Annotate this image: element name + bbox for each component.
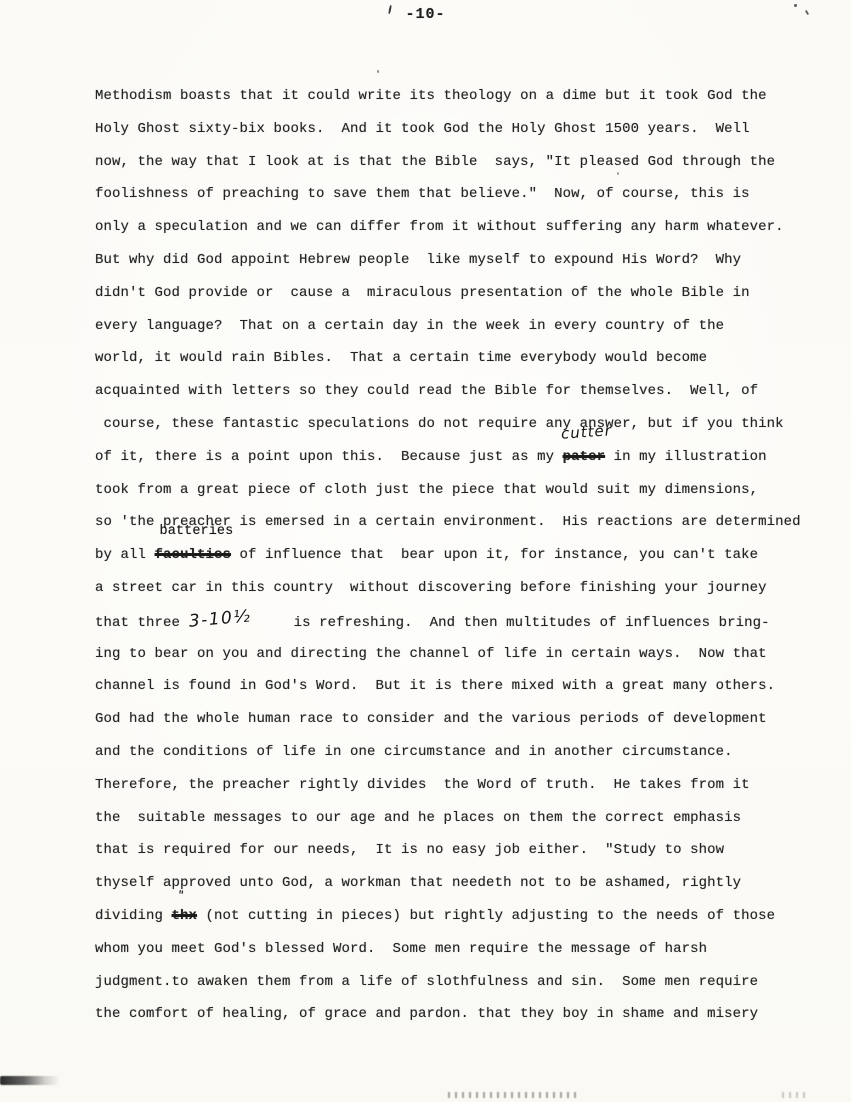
typed-text: now, the way that I look at is that the …	[95, 154, 775, 170]
annotated-word: "thx	[172, 900, 198, 933]
typed-line: Therefore, the preacher rightly divides …	[95, 769, 851, 802]
typed-line: of it, there is a point upon this. Becau…	[95, 441, 851, 474]
typed-line: foolishness of preaching to save them th…	[95, 178, 851, 211]
typed-text: But why did God appoint Hebrew people li…	[95, 252, 741, 268]
typed-line: Methodism boasts that it could write its…	[95, 80, 851, 113]
typed-line: ing to bear on you and directing the cha…	[95, 638, 851, 671]
scan-artifact	[782, 1092, 810, 1098]
typed-line: course, these fantastic speculations do …	[95, 408, 851, 441]
handwritten-text: 3-10½	[187, 600, 252, 638]
typed-line: But why did God appoint Hebrew people li…	[95, 244, 851, 277]
typed-line: the comfort of healing, of grace and par…	[95, 998, 851, 1031]
annotated-word: cutterpater	[563, 441, 606, 474]
typed-line: every language? That on a certain day in…	[95, 310, 851, 343]
typed-text: thyself approved unto God, a workman tha…	[95, 875, 741, 891]
typed-text: by all	[95, 547, 155, 563]
typed-line: acquainted with letters so they could re…	[95, 375, 851, 408]
typed-text: Holy Ghost sixty-bix books. And it took …	[95, 121, 750, 137]
typed-text: judgment.to awaken them from a life of s…	[95, 974, 758, 990]
typed-text: course, these fantastic speculations do …	[95, 416, 784, 432]
typed-text: faculties	[155, 547, 232, 563]
typed-text: a street car in this country without dis…	[95, 580, 767, 596]
scan-artifact	[448, 1092, 578, 1098]
document-lines: Methodism boasts that it could write its…	[0, 0, 851, 1031]
typed-line: by all batteriesfaculties of influence t…	[95, 539, 851, 572]
typed-line: that is required for our needs, It is no…	[95, 834, 851, 867]
typed-text: channel is found in God's Word. But it i…	[95, 678, 775, 694]
typed-text: the comfort of healing, of grace and par…	[95, 1006, 758, 1022]
typed-text: Therefore, the preacher rightly divides …	[95, 777, 750, 793]
typed-text: is refreshing. And then multitudes of in…	[251, 615, 770, 631]
typed-text: of influence that bear upon it, for inst…	[231, 547, 758, 563]
typed-line: Holy Ghost sixty-bix books. And it took …	[95, 113, 851, 146]
typed-insertion: batteries	[160, 525, 234, 539]
typed-line: and the conditions of life in one circum…	[95, 736, 851, 769]
annotated-word: batteriesfaculties	[155, 539, 232, 572]
typed-line: world, it would rain Bibles. That a cert…	[95, 342, 851, 375]
typed-text: dividing	[95, 908, 172, 924]
typed-text: Methodism boasts that it could write its…	[95, 88, 767, 104]
typed-line: a street car in this country without dis…	[95, 572, 851, 605]
typed-line: whom you meet God's blessed Word. Some m…	[95, 933, 851, 966]
typed-text: world, it would rain Bibles. That a cert…	[95, 350, 707, 366]
typed-text: of it, there is a point upon this. Becau…	[95, 449, 563, 465]
typed-line: took from a great piece of cloth just th…	[95, 474, 851, 507]
typed-line: channel is found in God's Word. But it i…	[95, 670, 851, 703]
scan-artifact	[617, 172, 619, 175]
scan-smudge	[0, 1076, 60, 1085]
scan-artifact	[377, 70, 379, 73]
scanned-typescript-page: { "document": { "page_label": "-10-", "l…	[0, 0, 851, 1102]
typed-text: didn't God provide or cause a miraculous…	[95, 285, 750, 301]
typed-text: whom you meet God's blessed Word. Some m…	[95, 941, 707, 957]
typed-text: that three	[95, 615, 189, 631]
typed-text: that is required for our needs, It is no…	[95, 842, 724, 858]
handwritten-annotation: cutter	[560, 423, 612, 442]
typed-line: that three 3-10½ is refreshing. And then…	[95, 605, 851, 638]
typed-text: took from a great piece of cloth just th…	[95, 482, 758, 498]
typed-text: acquainted with letters so they could re…	[95, 383, 758, 399]
typed-text: ing to bear on you and directing the cha…	[95, 646, 767, 662]
typed-text: pater	[563, 449, 606, 465]
typed-text: every language? That on a certain day in…	[95, 318, 724, 334]
typed-line: the suitable messages to our age and he …	[95, 802, 851, 835]
typed-line: thyself approved unto God, a workman tha…	[95, 867, 851, 900]
typed-text: in my illustration	[605, 449, 767, 465]
typed-line: God had the whole human race to consider…	[95, 703, 851, 736]
typed-line: judgment.to awaken them from a life of s…	[95, 966, 851, 999]
handwritten-annotation: "	[177, 889, 184, 902]
typed-line: only a speculation and we can differ fro…	[95, 211, 851, 244]
typed-text: thx	[172, 908, 198, 924]
typed-line: now, the way that I look at is that the …	[95, 146, 851, 179]
typed-text: the suitable messages to our age and he …	[95, 810, 741, 826]
typed-text: foolishness of preaching to save them th…	[95, 186, 750, 202]
typed-text: God had the whole human race to consider…	[95, 711, 767, 727]
scan-artifact	[794, 4, 797, 7]
typed-text: and the conditions of life in one circum…	[95, 744, 733, 760]
typed-text: only a speculation and we can differ fro…	[95, 219, 784, 235]
typed-line: didn't God provide or cause a miraculous…	[95, 277, 851, 310]
typed-line: dividing "thx (not cutting in pieces) bu…	[95, 900, 851, 933]
typed-text: (not cutting in pieces) but rightly adju…	[197, 908, 775, 924]
